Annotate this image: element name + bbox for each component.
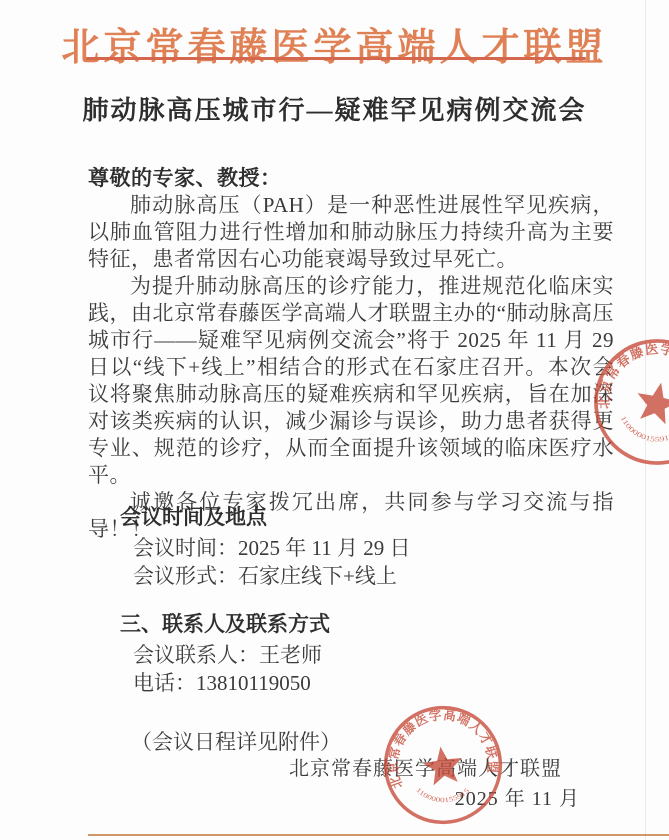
- paragraph-2: 为提升肺动脉高压的诊疗能力，推进规范化临床实践，由北京常春藤医学高端人才联盟主办…: [88, 273, 614, 489]
- document-subtitle: 肺动脉高压城市行—疑难罕见病例交流会: [0, 90, 669, 127]
- signature-organization: 北京常春藤医学高端人才联盟: [289, 752, 562, 781]
- document-title: 北京常春藤医学高端人才联盟: [0, 16, 669, 71]
- contact-person-line: 会议联系人：王老师: [120, 641, 330, 669]
- footer-rule: [88, 834, 669, 836]
- seal-star-icon: [632, 378, 669, 426]
- meeting-section-heading: 会议时间及地点: [120, 503, 410, 531]
- meeting-time-line: 会议时间：2025 年 11 月 29 日: [120, 534, 410, 562]
- document-page: 北京常春藤医学高端人才联盟 肺动脉高压城市行—疑难罕见病例交流会 尊敬的专家、教…: [0, 0, 669, 840]
- contact-phone-line: 电话：13810119050: [120, 669, 330, 697]
- title-underline-rule: [86, 57, 586, 60]
- salutation: 尊敬的专家、教授：: [88, 165, 614, 192]
- contact-info-section: 三、联系人及联系方式 会议联系人：王老师 电话：13810119050: [120, 610, 330, 697]
- contact-section-heading: 三、联系人及联系方式: [120, 610, 330, 638]
- signature-date: 2025 年 11 月: [455, 782, 580, 811]
- meeting-info-section: 会议时间及地点 会议时间：2025 年 11 月 29 日 会议形式：石家庄线下…: [120, 503, 410, 590]
- paragraph-1: 肺动脉高压（PAH）是一种恶性进展性罕见疾病，以肺血管阻力进行性增加和肺动脉压力…: [88, 192, 614, 273]
- meeting-format-line: 会议形式：石家庄线下+线上: [120, 562, 410, 590]
- seal-serial-number: 1100000155915: [615, 413, 669, 448]
- letter-body: 尊敬的专家、教授： 肺动脉高压（PAH）是一种恶性进展性罕见疾病，以肺血管阻力进…: [88, 165, 614, 543]
- svg-text:1100000155915: 1100000155915: [615, 413, 669, 448]
